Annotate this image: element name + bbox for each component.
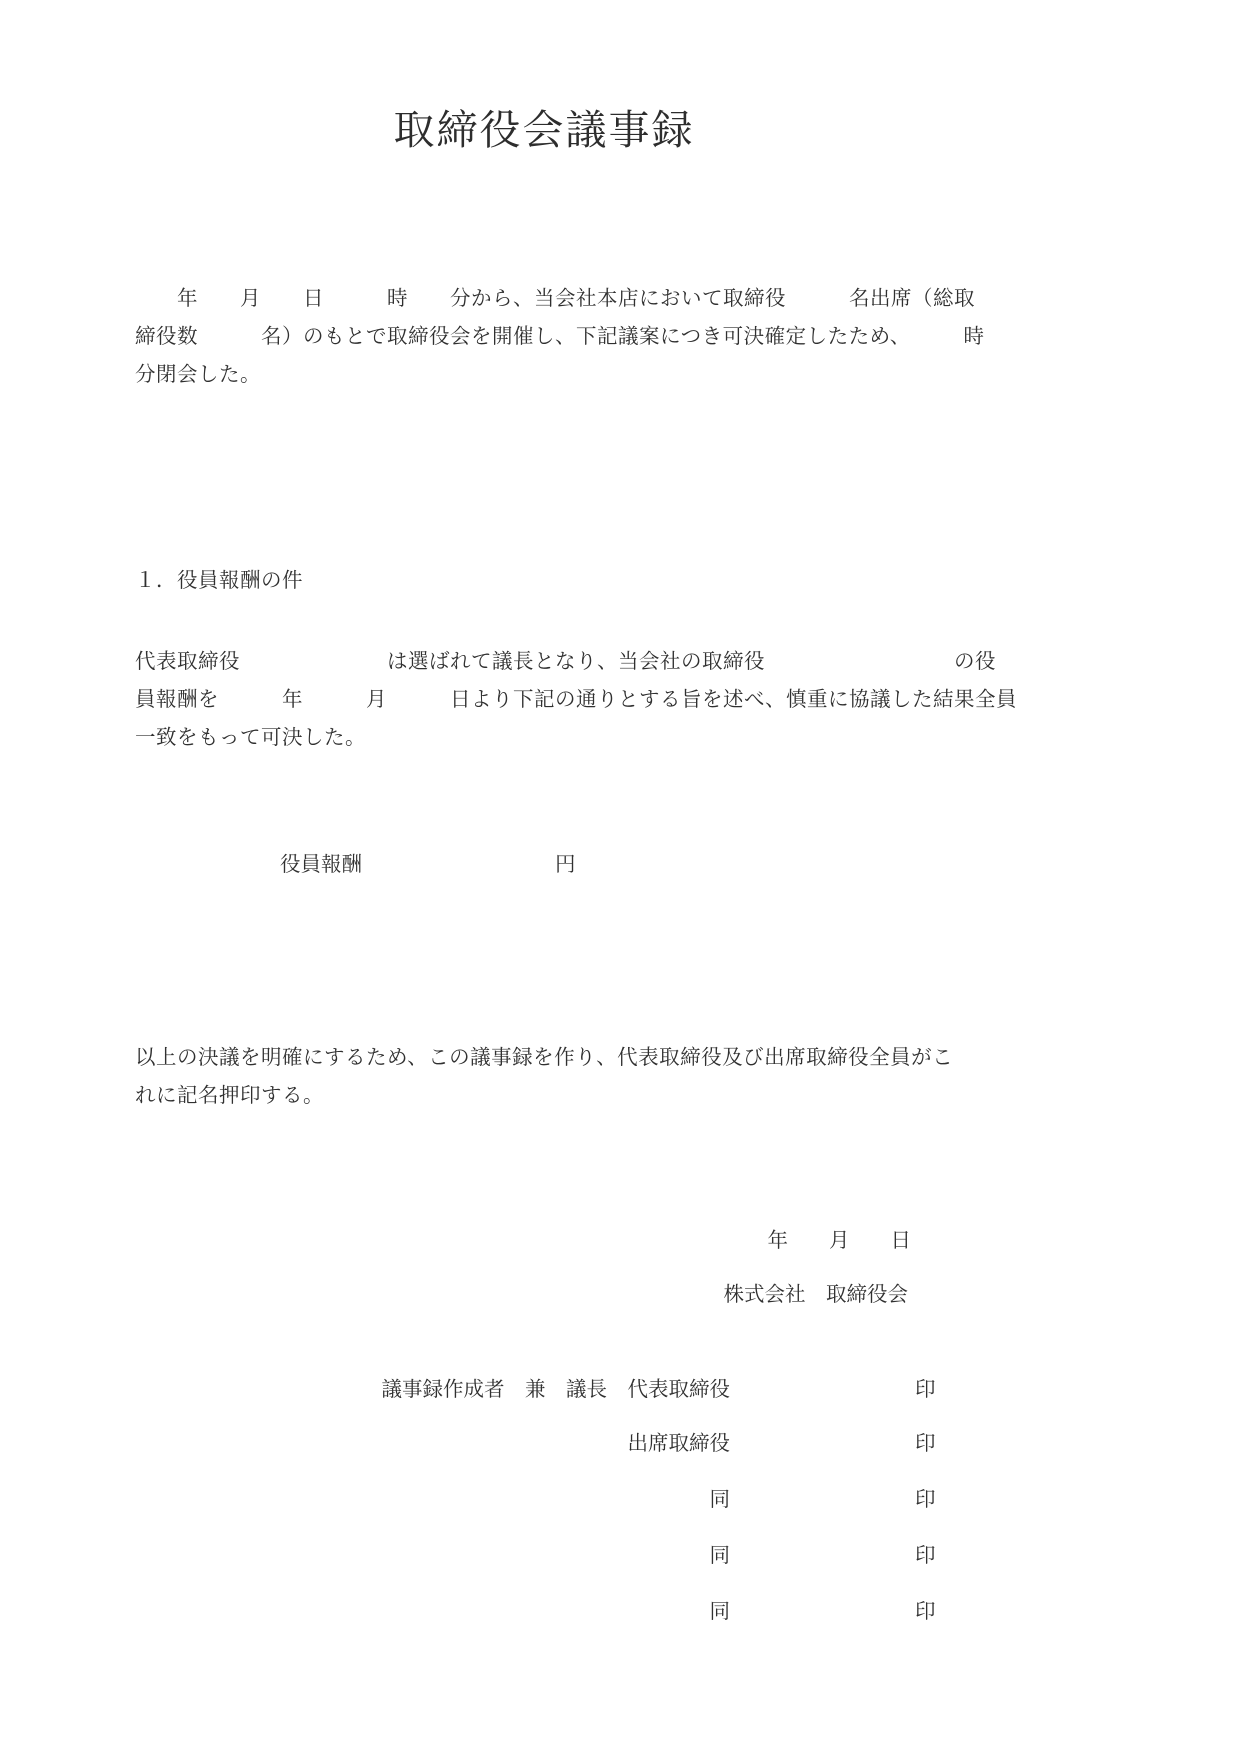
signature-row: 議事録作成者 兼 議長 代表取締役 印 (135, 1376, 965, 1404)
signature-role: 議事録作成者 兼 議長 代表取締役 (135, 1376, 730, 1404)
paragraph-line: 締役数 名）のもとで取締役会を開催し、下記議案につき可決確定したため、 時 (135, 318, 965, 356)
signature-row: 同 印 (135, 1598, 965, 1626)
document-page: 取締役会議事録 年 月 日 時 分から、当会社本店において取締役 名出席（総取 … (0, 0, 1240, 1754)
agenda-item-heading: １．役員報酬の件 (135, 562, 965, 600)
signature-role: 同 (135, 1486, 730, 1514)
paragraph-line: 員報酬を 年 月 日より下記の通りとする旨を述べ、慎重に協議した結果全員 (135, 681, 965, 719)
seal-mark: 印 (915, 1486, 936, 1514)
compensation-unit: 円 (555, 846, 576, 884)
signature-row: 出席取締役 印 (135, 1430, 965, 1458)
signature-row: 同 印 (135, 1542, 965, 1570)
paragraph-line: 以上の決議を明確にするため、この議事録を作り、代表取締役及び出席取締役全員がこ (135, 1039, 965, 1077)
paragraph-line: 代表取締役 は選ばれて議長となり、当会社の取締役 の役 (135, 643, 965, 681)
compensation-row: 役員報酬 円 (135, 846, 965, 884)
closing-paragraph: 以上の決議を明確にするため、この議事録を作り、代表取締役及び出席取締役全員がこ … (135, 1039, 965, 1115)
company-name-line: 株式会社 取締役会 (135, 1276, 953, 1314)
paragraph-line: 一致をもって可決した。 (135, 719, 965, 757)
seal-mark: 印 (915, 1598, 936, 1626)
signature-role: 出席取締役 (135, 1430, 730, 1458)
paragraph-line: 分閉会した。 (135, 356, 965, 394)
seal-mark: 印 (915, 1376, 936, 1404)
signature-role: 同 (135, 1542, 730, 1570)
opening-paragraph: 年 月 日 時 分から、当会社本店において取締役 名出席（総取 締役数 名）のも… (135, 280, 965, 394)
paragraph-line: 年 月 日 時 分から、当会社本店において取締役 名出席（総取 (135, 280, 965, 318)
signature-role: 同 (135, 1598, 730, 1626)
signing-date-line: 年 月 日 (135, 1222, 953, 1260)
seal-mark: 印 (915, 1430, 936, 1458)
compensation-label: 役員報酬 (280, 846, 362, 884)
paragraph-line: れに記名押印する。 (135, 1077, 965, 1115)
signature-row: 同 印 (135, 1486, 965, 1514)
seal-mark: 印 (915, 1542, 936, 1570)
resolution-paragraph: 代表取締役 は選ばれて議長となり、当会社の取締役 の役 員報酬を 年 月 日より… (135, 643, 965, 757)
document-title: 取締役会議事録 (135, 100, 953, 160)
